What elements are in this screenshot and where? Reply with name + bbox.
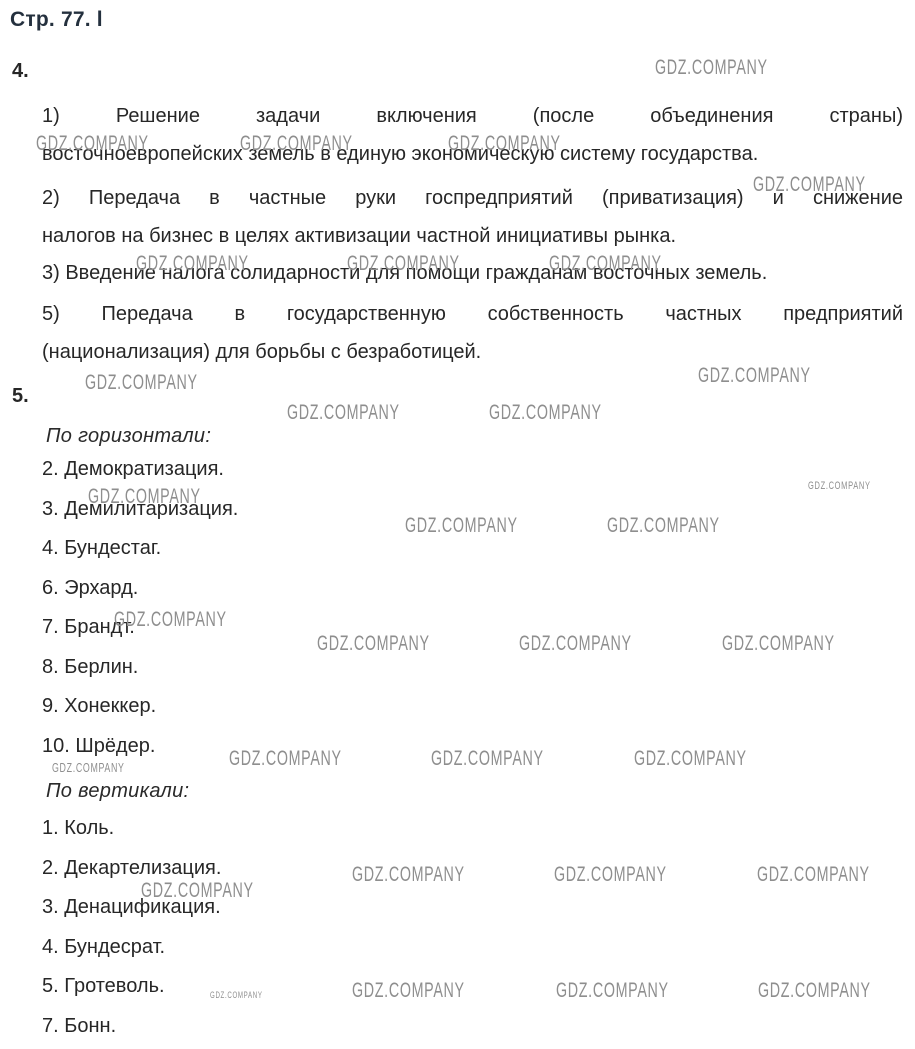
answers-page: Стр. 77. l 4. 1) Решение задачи включени… [0,0,915,1049]
crossword-item: 1. Коль. [42,809,221,849]
watermark: GDZ.COMPANY [698,365,811,386]
watermark: GDZ.COMPANY [352,864,465,885]
crossword-item: 8. Берлин. [42,648,238,688]
watermark: GDZ.COMPANY [88,486,201,507]
page-title: Стр. 77. l [10,8,103,32]
watermark: GDZ.COMPANY [549,253,662,274]
watermark: GDZ.COMPANY [448,133,561,154]
section-number-4: 4. [12,60,29,83]
watermark: GDZ.COMPANY [753,174,866,195]
watermark: GDZ.COMPANY [287,402,400,423]
watermark: GDZ.COMPANY [347,253,460,274]
crossword-list-vertical: 1. Коль.2. Декартелизация.3. Денацификац… [42,809,221,1046]
watermark: GDZ.COMPANY [405,515,518,536]
watermark: GDZ.COMPANY [85,372,198,393]
watermark: GDZ.COMPANY [114,609,227,630]
crossword-heading-vertical: По вертикали: [46,780,189,803]
watermark: GDZ.COMPANY [556,980,669,1001]
crossword-item: 7. Бонн. [42,1007,221,1047]
watermark: GDZ.COMPANY [655,57,768,78]
crossword-item: 2. Демократизация. [42,450,238,490]
watermark: GDZ.COMPANY [758,980,871,1001]
watermark: GDZ.COMPANY [757,864,870,885]
watermark: GDZ.COMPANY [136,253,249,274]
watermark: GDZ.COMPANY [808,481,871,492]
watermark: GDZ.COMPANY [141,880,254,901]
watermark: GDZ.COMPANY [519,633,632,654]
watermark: GDZ.COMPANY [489,402,602,423]
watermark: GDZ.COMPANY [352,980,465,1001]
watermark: GDZ.COMPANY [722,633,835,654]
watermark: GDZ.COMPANY [36,133,149,154]
crossword-heading-horizontal: По горизонтали: [46,425,211,448]
watermark: GDZ.COMPANY [229,748,342,769]
watermark: GDZ.COMPANY [52,761,125,774]
watermark: GDZ.COMPANY [240,133,353,154]
crossword-item: 4. Бундесрат. [42,928,221,968]
crossword-item: 5. Гротеволь. [42,967,221,1007]
crossword-item: 4. Бундестаг. [42,529,238,569]
paragraph-line: 1) Решение задачи включения (после объед… [42,97,903,135]
paragraph-line: налогов на бизнес в целях активизации ча… [42,217,903,255]
watermark: GDZ.COMPANY [317,633,430,654]
section-number-5: 5. [12,385,29,408]
paragraph-line: 5) Передача в государственную собственно… [42,295,903,333]
watermark: GDZ.COMPANY [554,864,667,885]
watermark: GDZ.COMPANY [210,991,263,1000]
answer-paragraph: 5) Передача в государственную собственно… [42,295,903,371]
watermark: GDZ.COMPANY [634,748,747,769]
crossword-item: 6. Эрхард. [42,569,238,609]
crossword-item: 9. Хонеккер. [42,687,238,727]
watermark: GDZ.COMPANY [431,748,544,769]
watermark: GDZ.COMPANY [607,515,720,536]
